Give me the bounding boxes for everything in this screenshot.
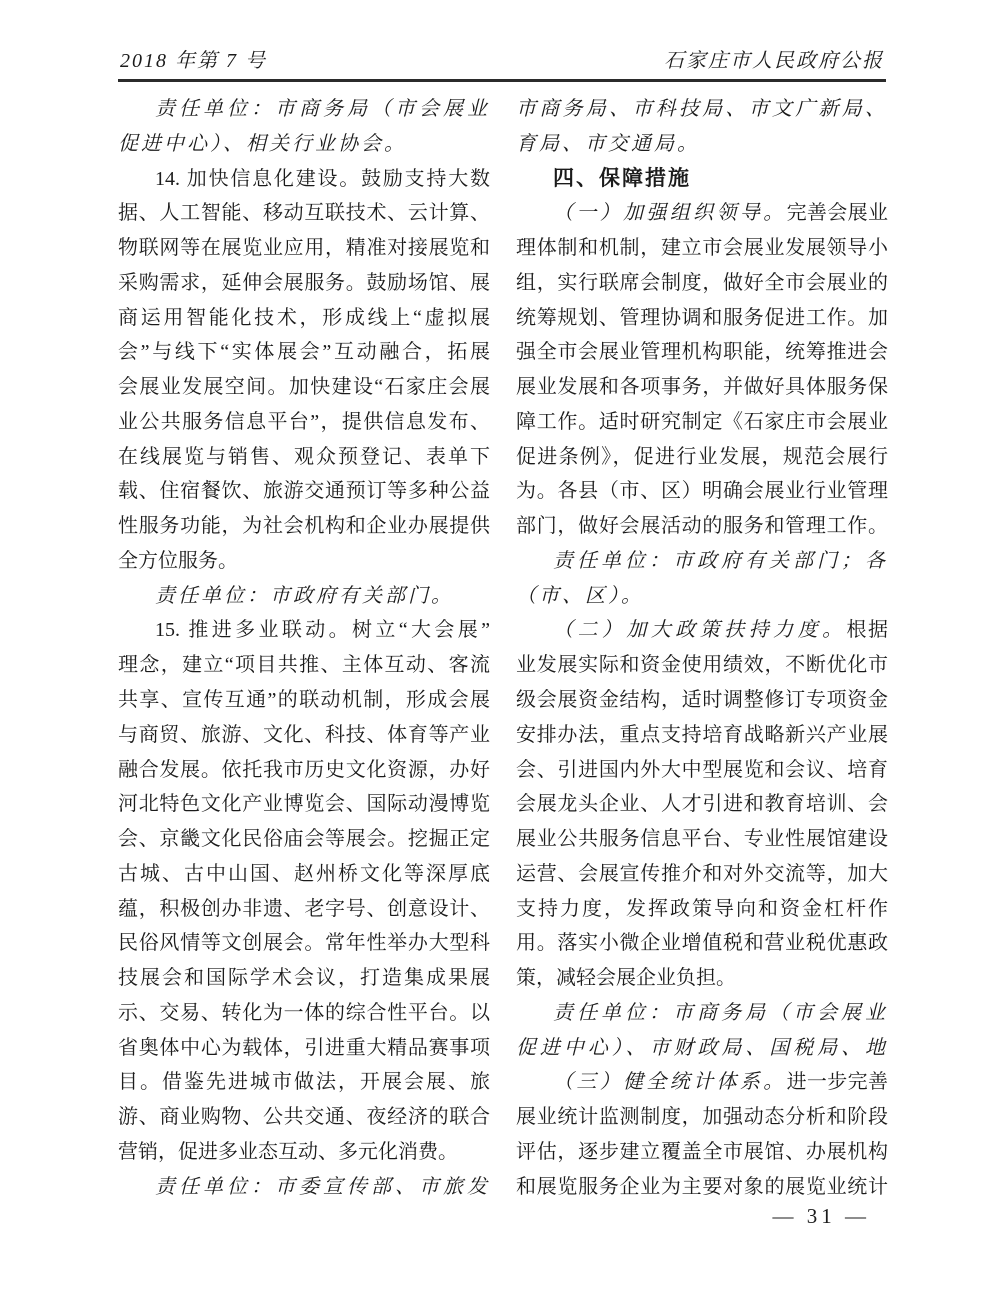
text-run-song: 15. 推进多业联动。树立“大会展”	[155, 619, 490, 641]
text-run-song: 会展龙头企业、人才引进和教育培训、会	[516, 793, 888, 815]
text-line: 部门，做好会展活动的服务和管理工作。	[516, 509, 888, 544]
text-run-song: 与商贸、旅游、文化、科技、体育等产业	[118, 724, 490, 746]
text-line: 会展龙头企业、人才引进和教育培训、会	[516, 787, 888, 822]
text-run-kai: 促进中心）、市财政局、国税局、地税局。	[516, 1037, 888, 1066]
text-line: 业公共服务信息平台”，提供信息发布、	[118, 405, 490, 440]
text-run-kai: （一）加强组织领导。	[553, 202, 787, 224]
text-run-song: 营销，促进多业态互动、多元化消费。	[118, 1141, 458, 1163]
text-line: 河北特色文化产业博览会、国际动漫博览	[118, 787, 490, 822]
gazette-page: 2018 年第 7 号 石家庄市人民政府公报 责任单位：市商务局（市会展业发展促…	[0, 0, 1000, 1294]
text-run-song: 技展会和国际学术会议，打造集成果展	[118, 967, 490, 989]
text-run-song: 业发展实际和资金使用绩效，不断优化市	[516, 654, 888, 676]
text-run-song: 共享、宣传互通”的联动机制，形成会展	[118, 689, 490, 711]
text-line: （二）加大政策扶持力度。根据会展	[516, 613, 888, 648]
text-line: 全方位服务。	[118, 544, 490, 579]
text-run-kai: 育局、市交通局。	[516, 133, 700, 155]
text-line: 会、引进国内外大中型展览和会议、培育	[516, 753, 888, 788]
text-run-kai: （三）健全统计体系。	[553, 1071, 787, 1093]
text-run-song: 河北特色文化产业博览会、国际动漫博览	[118, 793, 490, 815]
text-run-song: 游、商业购物、公共交通、夜经济的联合	[118, 1106, 490, 1128]
text-run-song: 评估，逐步建立覆盖全市展馆、办展机构	[516, 1141, 888, 1163]
text-run-song: 古城、古中山国、赵州桥文化等深厚底	[118, 863, 490, 885]
text-run-kai: （二）加大政策扶持力度。	[553, 619, 847, 641]
text-run-song: 展业公共服务信息平台、专业性展馆建设	[516, 828, 888, 850]
text-run-song: 性服务功能，为社会机构和企业办展提供	[118, 515, 490, 537]
text-line: 评估，逐步建立覆盖全市展馆、办展机构	[516, 1135, 888, 1170]
text-line: 级会展资金结构，适时调整修订专项资金	[516, 683, 888, 718]
text-run-kai: 促进中心）、相关行业协会。	[118, 133, 407, 155]
text-line: 理体制和机制，建立市会展业发展领导小	[516, 231, 888, 266]
text-line: 展业统计监测制度，加强动态分析和阶段	[516, 1100, 888, 1135]
text-run-song: 统筹规划、管理协调和服务促进工作。加	[516, 307, 888, 329]
text-line: 会、京畿文化民俗庙会等展会。挖掘正定	[118, 822, 490, 857]
text-line: 安排办法，重点支持培育战略新兴产业展	[516, 718, 888, 753]
text-run-song: 展业发展和各项事务，并做好具体服务保	[516, 376, 888, 398]
text-run-song: 物联网等在展览业应用，精准对接展览和	[118, 237, 490, 259]
text-run-song: 障工作。适时研究制定《石家庄市会展业	[516, 411, 888, 433]
text-line: 共享、宣传互通”的联动机制，形成会展	[118, 683, 490, 718]
column-right: 市商务局、市科技局、市文广新局、市体育局、市交通局。四、保障措施（一）加强组织领…	[516, 92, 888, 1205]
text-line: 展业发展和各项事务，并做好具体服务保	[516, 370, 888, 405]
text-line: 促进中心）、市财政局、国税局、地税局。	[516, 1031, 888, 1066]
text-line: 和展览服务企业为主要对象的展览业统计	[516, 1170, 888, 1205]
text-line: 促进条例》，促进行业发展，规范会展行	[516, 440, 888, 475]
text-run-song: 和展览服务企业为主要对象的展览业统计	[516, 1176, 888, 1198]
text-line: 采购需求，延伸会展服务。鼓励场馆、展	[118, 266, 490, 301]
text-run-song: 展业统计监测制度，加强动态分析和阶段	[516, 1106, 888, 1128]
text-run-song: 安排办法，重点支持培育战略新兴产业展	[516, 724, 888, 746]
header-rule	[118, 79, 886, 82]
text-line: （市、区）。	[516, 579, 888, 614]
text-line: 据、人工智能、移动互联技术、云计算、	[118, 196, 490, 231]
text-run-song: 采购需求，延伸会展服务。鼓励场馆、展	[118, 272, 490, 294]
text-run-song: 强全市会展业管理机构职能，统筹推进会	[516, 341, 888, 363]
text-line: 省奥体中心为载体，引进重大精品赛事项	[118, 1031, 490, 1066]
text-run-kai: 市商务局、市科技局、市文广新局、市体	[516, 98, 888, 127]
text-run-song: 支持力度，发挥政策导向和资金杠杆作	[516, 898, 888, 920]
text-run-song: 促进条例》，促进行业发展，规范会展行	[516, 446, 888, 468]
text-line: 育局、市交通局。	[516, 127, 888, 162]
text-run-kai: 责任单位：市政府有关部门；各县	[553, 550, 888, 579]
text-line: 营销，促进多业态互动、多元化消费。	[118, 1135, 490, 1170]
text-line: 理念，建立“项目共推、主体互动、客流	[118, 648, 490, 683]
text-run-song: 据、人工智能、移动互联技术、云计算、	[118, 202, 490, 224]
text-run-song: 目。借鉴先进城市做法，开展会展、旅	[118, 1071, 490, 1093]
text-line: 民俗风情等文创展会。常年性举办大型科	[118, 926, 490, 961]
text-run-song: 级会展资金结构，适时调整修订专项资金	[516, 689, 888, 711]
text-line: （一）加强组织领导。完善会展业管	[516, 196, 888, 231]
text-line: 市商务局、市科技局、市文广新局、市体	[516, 92, 888, 127]
header-issue-number: 2018 年第 7 号	[120, 44, 267, 73]
text-line: 物联网等在展览业应用，精准对接展览和	[118, 231, 490, 266]
text-run-song: 理体制和机制，建立市会展业发展领导小	[516, 237, 888, 259]
text-line: 责任单位：市政府有关部门。	[118, 579, 490, 614]
text-line: 14. 加快信息化建设。鼓励支持大数	[118, 162, 490, 197]
text-run-song: 示、交易、转化为一体的综合性平台。以	[118, 1002, 490, 1024]
text-line: 会展业发展空间。加快建设“石家庄会展	[118, 370, 490, 405]
text-run-song: 省奥体中心为载体，引进重大精品赛事项	[118, 1037, 490, 1059]
text-run-song: 业公共服务信息平台”，提供信息发布、	[118, 411, 490, 433]
text-run-song: 组，实行联席会制度，做好全市会展业的	[516, 272, 888, 294]
text-line: 统筹规划、管理协调和服务促进工作。加	[516, 301, 888, 336]
text-run-song: 在线展览与销售、观众预登记、表单下	[118, 446, 490, 468]
text-run-song: 会、京畿文化民俗庙会等展会。挖掘正定	[118, 828, 490, 850]
text-run-song: 会展业发展空间。加快建设“石家庄会展	[118, 376, 490, 398]
text-run-song: 会、引进国内外大中型展览和会议、培育	[516, 759, 888, 781]
text-line: 责任单位：市政府有关部门；各县	[516, 544, 888, 579]
text-line: 运营、会展宣传推介和对外交流等，加大	[516, 857, 888, 892]
page-number: — 31 —	[773, 1204, 871, 1229]
text-line: 障工作。适时研究制定《石家庄市会展业	[516, 405, 888, 440]
text-run-song: 理念，建立“项目共推、主体互动、客流	[118, 654, 490, 676]
text-run-song: 用。落实小微企业增值税和营业税优惠政	[516, 932, 888, 954]
text-line: 责任单位：市商务局（市会展业发展	[516, 996, 888, 1031]
column-left: 责任单位：市商务局（市会展业发展促进中心）、相关行业协会。14. 加快信息化建设…	[118, 92, 490, 1205]
text-run-kai: 责任单位：市商务局（市会展业发展	[155, 98, 490, 127]
text-run-song: 策，减轻会展企业负担。	[516, 967, 736, 989]
text-line: 蕴，积极创办非遗、老字号、创意设计、	[118, 892, 490, 927]
text-line: 示、交易、转化为一体的综合性平台。以	[118, 996, 490, 1031]
text-run-song: 为。各县（市、区）明确会展业行业管理	[516, 480, 888, 502]
text-run-kai: 责任单位：市商务局（市会展业发展	[553, 1002, 888, 1031]
text-line: 支持力度，发挥政策导向和资金杠杆作	[516, 892, 888, 927]
text-run-song: 民俗风情等文创展会。常年性举办大型科	[118, 932, 490, 954]
text-run-song: 会”与线下“实体展会”互动融合，拓展	[118, 341, 490, 363]
text-run-song: 载、住宿餐饮、旅游交通预订等多种公益	[118, 480, 490, 502]
header-publication-title: 石家庄市人民政府公报	[664, 44, 884, 73]
text-line: 责任单位：市委宣传部、市旅发委、	[118, 1170, 490, 1205]
text-line: （三）健全统计体系。进一步完善会	[516, 1065, 888, 1100]
text-line: 组，实行联席会制度，做好全市会展业的	[516, 266, 888, 301]
text-line: 性服务功能，为社会机构和企业办展提供	[118, 509, 490, 544]
text-run-head: 四、保障措施	[553, 167, 691, 190]
text-line: 古城、古中山国、赵州桥文化等深厚底	[118, 857, 490, 892]
text-line: 促进中心）、相关行业协会。	[118, 127, 490, 162]
text-line: 业发展实际和资金使用绩效，不断优化市	[516, 648, 888, 683]
text-line: 责任单位：市商务局（市会展业发展	[118, 92, 490, 127]
text-run-song: 全方位服务。	[118, 550, 238, 572]
text-line: 为。各县（市、区）明确会展业行业管理	[516, 474, 888, 509]
text-run-song: 商运用智能化技术，形成线上“虚拟展	[118, 307, 490, 329]
text-line: 15. 推进多业联动。树立“大会展”	[118, 613, 490, 648]
text-line: 商运用智能化技术，形成线上“虚拟展	[118, 301, 490, 336]
text-run-song: 14. 加快信息化建设。鼓励支持大数	[155, 168, 490, 190]
text-line: 展业公共服务信息平台、专业性展馆建设	[516, 822, 888, 857]
text-line: 技展会和国际学术会议，打造集成果展	[118, 961, 490, 996]
text-line: 融合发展。依托我市历史文化资源，办好	[118, 753, 490, 788]
text-line: 目。借鉴先进城市做法，开展会展、旅	[118, 1065, 490, 1100]
text-line: 强全市会展业管理机构职能，统筹推进会	[516, 335, 888, 370]
text-line: 载、住宿餐饮、旅游交通预订等多种公益	[118, 474, 490, 509]
text-run-song: 蕴，积极创办非遗、老字号、创意设计、	[118, 898, 490, 920]
text-line: 用。落实小微企业增值税和营业税优惠政	[516, 926, 888, 961]
text-line: 策，减轻会展企业负担。	[516, 961, 888, 996]
text-run-kai: （市、区）。	[516, 585, 644, 607]
text-line: 游、商业购物、公共交通、夜经济的联合	[118, 1100, 490, 1135]
text-run-song: 部门，做好会展活动的服务和管理工作。	[516, 515, 888, 537]
text-run-kai: 责任单位：市委宣传部、市旅发委、	[155, 1176, 490, 1205]
text-run-song: 运营、会展宣传推介和对外交流等，加大	[516, 863, 888, 885]
text-run-kai: 责任单位：市政府有关部门。	[155, 585, 454, 607]
text-line: 四、保障措施	[516, 162, 888, 197]
text-line: 在线展览与销售、观众预登记、表单下	[118, 440, 490, 475]
text-line: 会”与线下“实体展会”互动融合，拓展	[118, 335, 490, 370]
text-line: 与商贸、旅游、文化、科技、体育等产业	[118, 718, 490, 753]
text-run-song: 融合发展。依托我市历史文化资源，办好	[118, 759, 490, 781]
